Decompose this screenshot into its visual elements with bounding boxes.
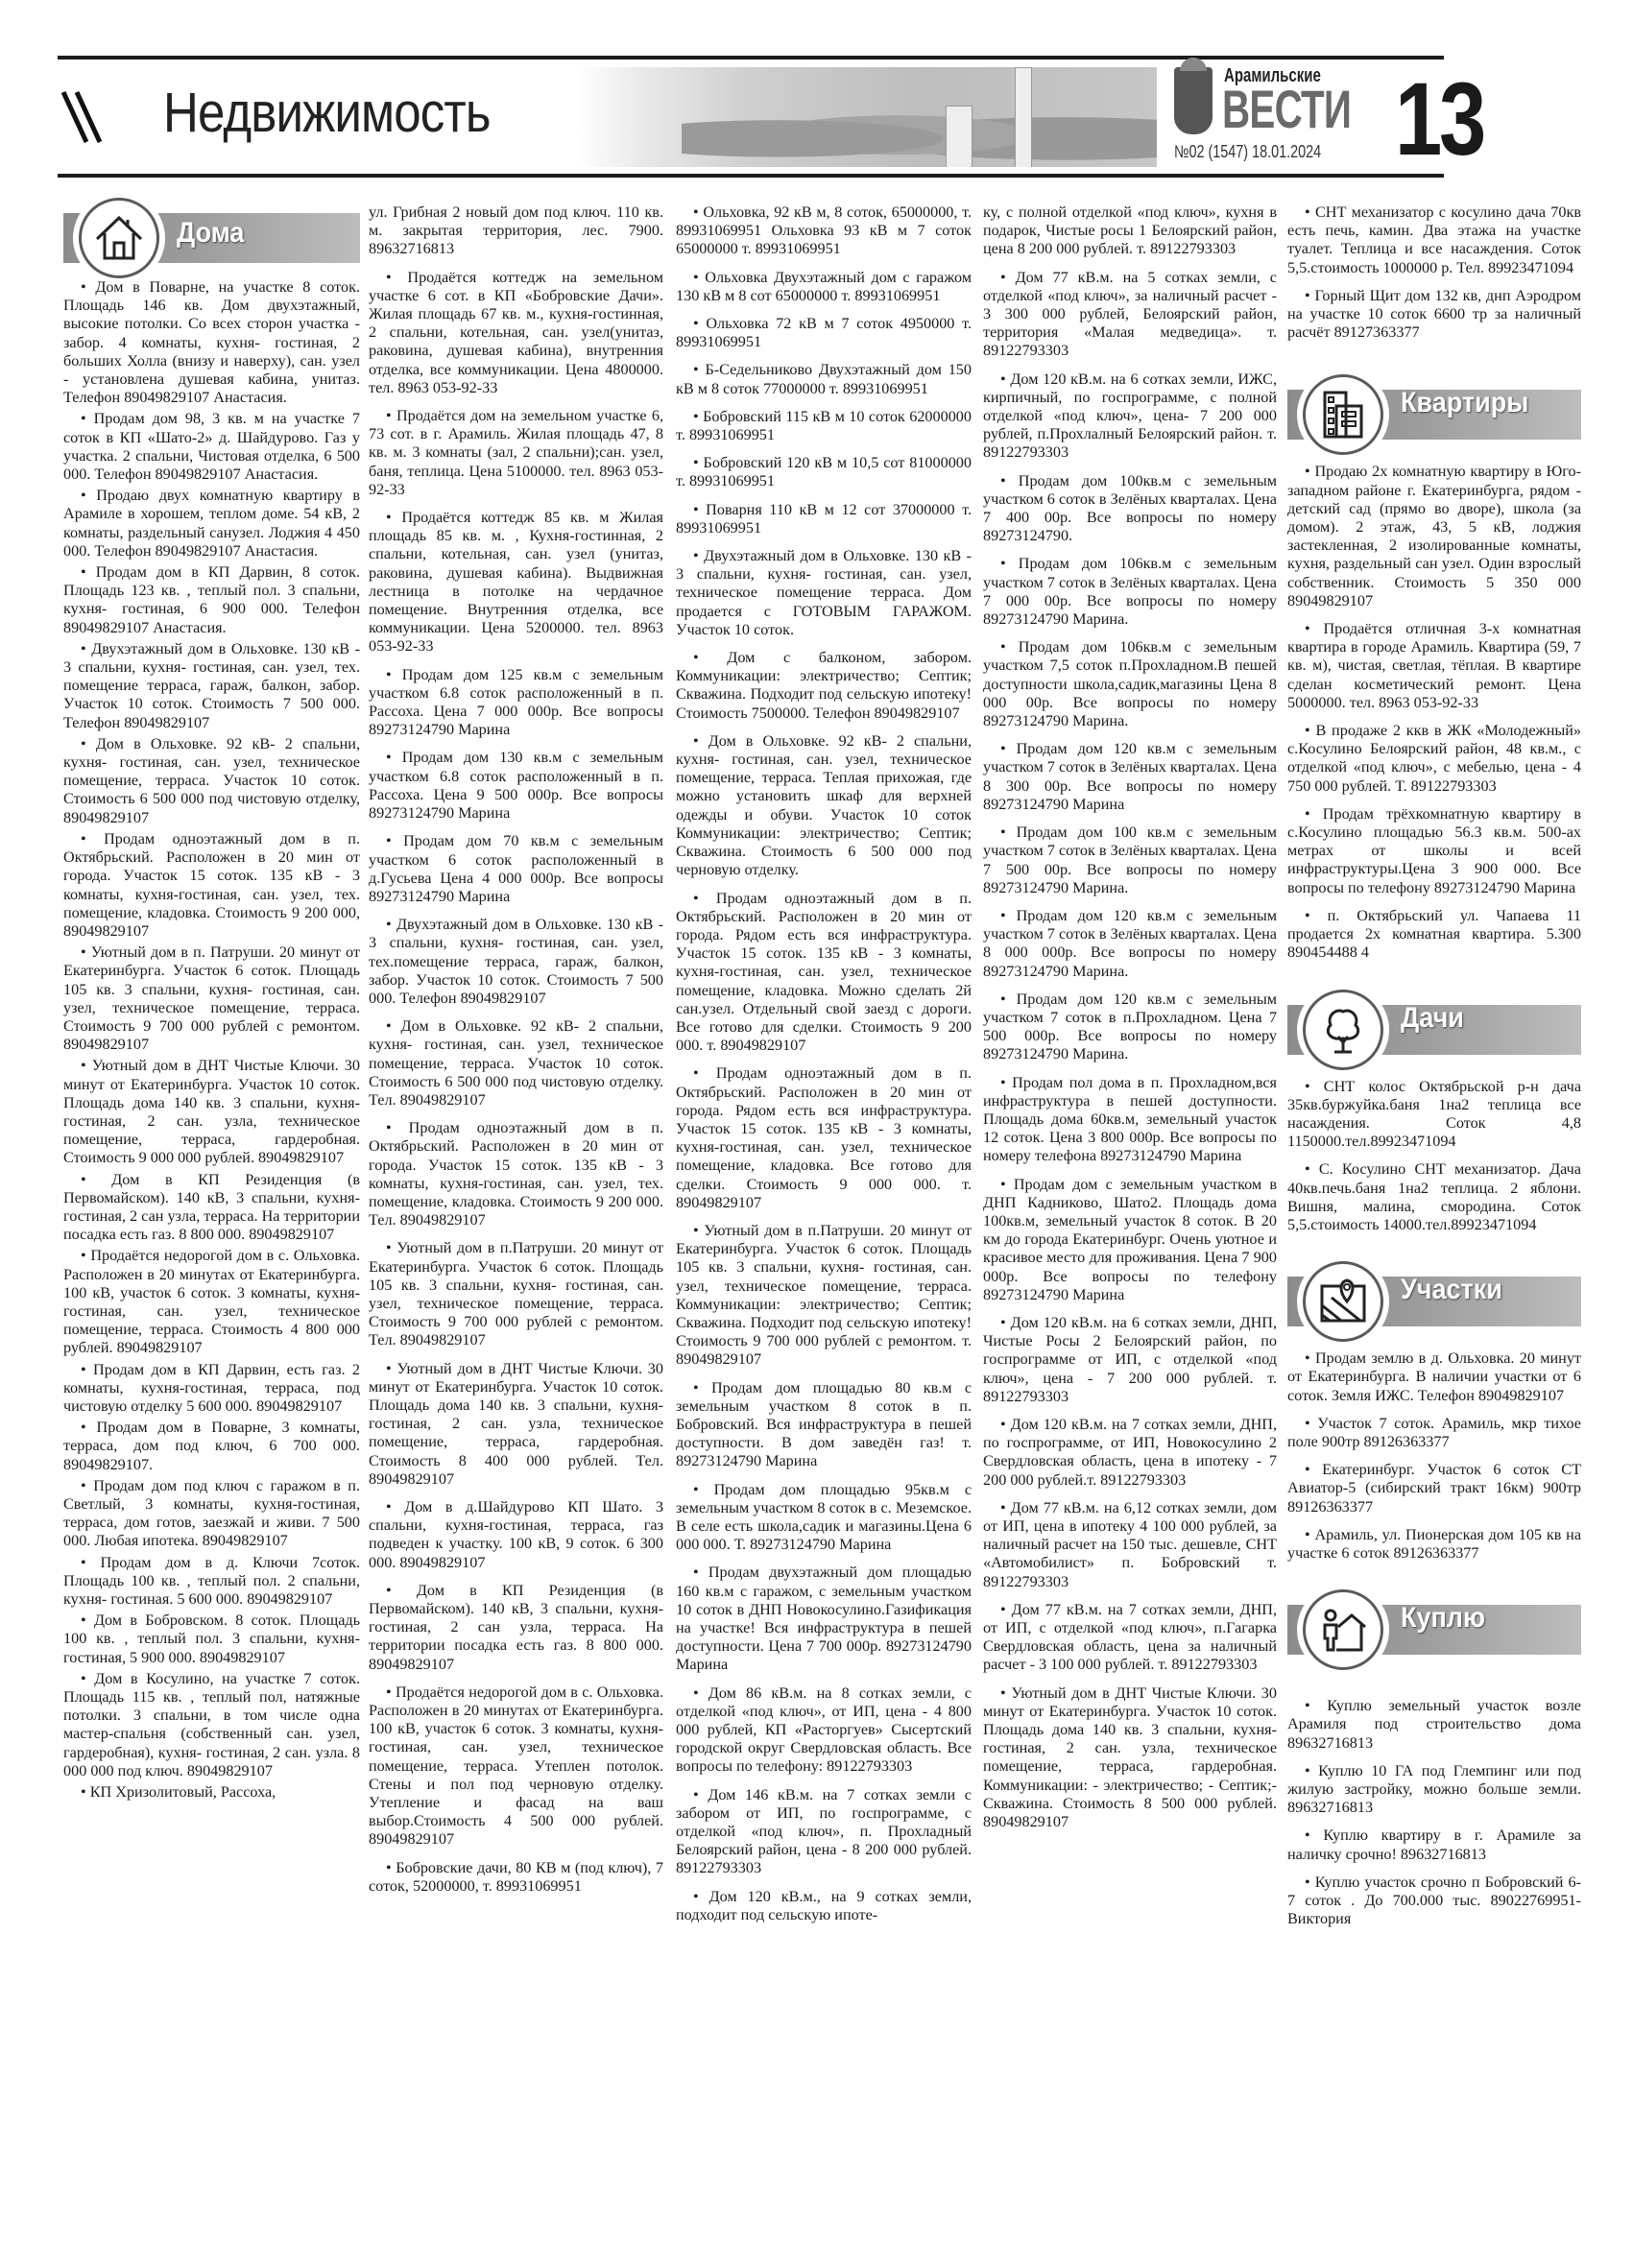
ad-item: • Дом в КП Резиденция (в Первомайском). … xyxy=(369,1582,663,1674)
ad-item: • Дом в Ольховке. 92 кВ- 2 спальни, кухн… xyxy=(676,732,972,880)
ad-item: • Бобровский 115 кВ м 10 соток 62000000 … xyxy=(676,408,972,444)
ad-item: • Уютный дом в п. Патруши. 20 минут от Е… xyxy=(63,943,360,1054)
header-photo xyxy=(576,67,1157,167)
ad-item: • Б-Седельниково Двухэтажный дом 150 кВ … xyxy=(676,361,972,397)
section-title-kvartiry: Квартиры xyxy=(1401,394,1528,412)
ad-item: • Продам одноэтажный дом в п. Октябрьски… xyxy=(369,1119,663,1229)
ad-item: • Арамиль, ул. Пионерская дом 105 кв на … xyxy=(1287,1526,1581,1563)
ad-item: • Продаю двух комнатную квартиру в Арами… xyxy=(63,487,360,561)
trees-image xyxy=(682,96,1157,167)
ad-item: • Продам дом 100кв.м с земельным участко… xyxy=(983,472,1277,546)
ad-item: • Продаётся коттедж 85 кв. м Жилая площа… xyxy=(369,509,663,657)
ad-item: • Дом 120 кВ.м., на 9 сотках земли, подх… xyxy=(676,1888,972,1924)
ad-item-continued: ул. Грибная 2 новый дом под ключ. 110 кв… xyxy=(369,203,663,259)
ad-item: • Продам двухэтажный дом площадью 160 кв… xyxy=(676,1564,972,1674)
ad-item: • Дом 120 кВ.м. на 6 сотках земли, ДНП, … xyxy=(983,1314,1277,1406)
newspaper-name-line2: ВЕСТИ xyxy=(1222,83,1351,136)
page-section-title: Недвижимость xyxy=(163,81,491,145)
ad-item: • Участок 7 соток. Арамиль, мкр тихое по… xyxy=(1287,1415,1581,1451)
ad-item: • Продам дом 106кв.м с земельным участко… xyxy=(983,638,1277,730)
ad-item: • Дом в Ольховке. 92 кВ- 2 спальни, кухн… xyxy=(369,1017,663,1110)
coat-of-arms-icon xyxy=(1174,67,1213,134)
ad-item: • Продам дом в Поварне, 3 комнаты, терра… xyxy=(63,1419,360,1474)
ad-item: • Ольховка 72 кВ м 7 соток 4950000 т. 89… xyxy=(676,315,972,351)
column-3: • Ольховка, 92 кВ м, 8 соток, 65000000, … xyxy=(676,203,972,1934)
ad-item: • Продаётся дом на земельном участке 6, … xyxy=(369,407,663,499)
section-header-dachi: Дачи xyxy=(1287,995,1581,1049)
ad-item: • Дом в Ольховке. 92 кВ- 2 спальни, кухн… xyxy=(63,735,360,827)
tree-icon xyxy=(1319,1004,1367,1056)
ad-item: • Дом в Поварне, на участке 8 соток. Пло… xyxy=(63,278,360,407)
ad-item: • Продаётся недорогой дом в с. Ольховка.… xyxy=(63,1247,360,1357)
ad-item: • Продаётся отличная 3-х комнатная кварт… xyxy=(1287,620,1581,712)
ad-item: • Дом 77 кВ.м. на 7 сотках земли, ДНП, о… xyxy=(983,1601,1277,1675)
newspaper-logo: Арамильские ВЕСТИ №02 (1547) 18.01.2024 xyxy=(1174,63,1395,169)
ad-item: • Продам дом 100 кв.м с земельным участк… xyxy=(983,824,1277,897)
masthead: Недвижимость Арамильские ВЕСТИ №02 (1547… xyxy=(58,60,1444,173)
ad-item: • Продам одноэтажный дом в п. Октябрьски… xyxy=(63,830,360,941)
ad-item: • Продаётся коттедж на земельном участке… xyxy=(369,269,663,397)
ad-item: • Дом в д.Шайдурово КП Шато. 3 спальни, … xyxy=(369,1498,663,1572)
ad-item: • Продам дом в КП Дарвин, 8 соток. Площа… xyxy=(63,563,360,637)
ad-item: • Куплю 10 ГА под Глемпинг или под жилую… xyxy=(1287,1762,1581,1818)
ad-item: • Продам пол дома в п. Прохладном,вся ин… xyxy=(983,1074,1277,1166)
ad-item: • Дом 120 кВ.м. на 6 сотках земли, ИЖС, … xyxy=(983,370,1277,463)
apartment-building-icon xyxy=(1319,389,1367,441)
ad-item: • Куплю земельный участок возле Арамиля … xyxy=(1287,1697,1581,1753)
ad-item: • Дом 77 кВ.м. на 6,12 сотках земли, дом… xyxy=(983,1499,1277,1591)
page-number: 13 xyxy=(1395,67,1483,171)
house-icon xyxy=(93,212,145,264)
ad-item: • Куплю квартиру в г. Арамиле за наличку… xyxy=(1287,1826,1581,1863)
section-header-uchastki: Участки xyxy=(1287,1267,1581,1321)
ad-item: • КП Хризолитовый, Рассоха, xyxy=(63,1783,360,1802)
ad-item: • Ольховка Двухэтажный дом с гаражом 130… xyxy=(676,269,972,305)
ad-item-continued: ку, с полной отделкой «под ключ», кухня … xyxy=(983,203,1277,259)
ad-item: • Бобровский 120 кВ м 10,5 сот 81000000 … xyxy=(676,454,972,490)
ad-item: • Дом в Бобровском. 8 соток. Площадь 100… xyxy=(63,1611,360,1667)
column-2: ул. Грибная 2 новый дом под ключ. 110 кв… xyxy=(369,203,663,1905)
bottom-rule xyxy=(58,174,1444,178)
section-title-doma: Дома xyxy=(177,217,244,250)
section-title-kuplyu: Куплю xyxy=(1401,1609,1485,1627)
ad-item: • Продам дом 125 кв.м с земельным участк… xyxy=(369,666,663,740)
ad-item: • Продам дом площадью 80 кв.м с земельны… xyxy=(676,1379,972,1471)
ad-item: • Продам дом 120 кв.м с земельным участк… xyxy=(983,740,1277,814)
ad-item: • Продам дом в д. Ключи 7соток. Площадь … xyxy=(63,1554,360,1610)
ad-item: • Продам одноэтажный дом в п. Октябрьски… xyxy=(676,1064,972,1212)
ad-item: • Горный Щит дом 132 кв, днп Аэродром на… xyxy=(1287,287,1581,343)
ad-item: • Поварня 110 кВ м 12 сот 37000000 т. 89… xyxy=(676,501,972,537)
ad-item: • Уютный дом в п.Патруши. 20 минут от Ек… xyxy=(369,1239,663,1349)
ad-item: • Продам дом 70 кв.м с земельным участко… xyxy=(369,832,663,906)
ad-item: • Бобровские дачи, 80 КВ м (под ключ), 7… xyxy=(369,1859,663,1896)
ad-item: • С. Косулино СНТ механизатор. Дача 40кв… xyxy=(1287,1160,1581,1234)
section-title-dachi: Дачи xyxy=(1401,1009,1464,1027)
section-header-doma: Дома xyxy=(63,203,360,257)
ad-item: • В продаже 2 ккв в ЖК «Молодежный» с.Ко… xyxy=(1287,722,1581,796)
section-header-kuplyu: Куплю xyxy=(1287,1595,1581,1649)
ad-item: • Продам землю в д. Ольховка. 20 минут о… xyxy=(1287,1349,1581,1405)
ad-item: • Дом 86 кВ.м. на 8 сотках земли, с отде… xyxy=(676,1684,972,1777)
column-5: • СНТ механизатор с косулино дача 70кв е… xyxy=(1287,203,1581,1938)
ad-item: • Продам дом с земельным участком в ДНП … xyxy=(983,1176,1277,1304)
ad-item: • СНТ колос Октябрьской р-н дача 35кв.бу… xyxy=(1287,1078,1581,1152)
section-title-uchastki: Участки xyxy=(1401,1280,1502,1299)
column-1: • Дом в Поварне, на участке 8 соток. Пло… xyxy=(63,278,360,1804)
church-building xyxy=(946,106,973,167)
person-house-icon xyxy=(1317,1604,1369,1656)
ad-item: • Куплю участок срочно п Бобровский 6-7 … xyxy=(1287,1874,1581,1929)
ad-item: • Уютный дом в ДНТ Чистые Ключи. 30 мину… xyxy=(369,1360,663,1489)
ad-item: • Дом в КП Резиденция (в Первомайском). … xyxy=(63,1171,360,1245)
ad-item: • Продаётся недорогой дом в с. Ольховка.… xyxy=(369,1683,663,1850)
issue-info: №02 (1547) 18.01.2024 xyxy=(1174,142,1321,162)
ad-item: • Продаю 2х комнатную квартиру в Юго-зап… xyxy=(1287,463,1581,610)
ad-item: • Екатеринбург. Участок 6 соток СТ Авиат… xyxy=(1287,1461,1581,1516)
ad-item: • п. Октябрьский ул. Чапаева 11 продаетс… xyxy=(1287,907,1581,963)
map-pin-icon xyxy=(1318,1277,1368,1326)
ad-item: • Продам дом 106кв.м с земельным участко… xyxy=(983,555,1277,629)
ad-item: • Продам дом под ключ с гаражом в п. Све… xyxy=(63,1477,360,1551)
bell-tower xyxy=(1015,67,1032,167)
ad-item: • Продам дом в КП Дарвин, есть газ. 2 ко… xyxy=(63,1361,360,1417)
ad-item: • Дом 120 кВ.м. на 7 сотках земли, ДНП, … xyxy=(983,1416,1277,1490)
ad-item: • Уютный дом в ДНТ Чистые Ключи. 30 мину… xyxy=(983,1684,1277,1832)
ad-item: • Двухэтажный дом в Ольховке. 130 кВ - 3… xyxy=(676,547,972,639)
section-header-kvartiry: Квартиры xyxy=(1287,380,1581,434)
ad-item: • Дом с балконом, забором. Коммуникации:… xyxy=(676,649,972,723)
double-slash-icon xyxy=(60,88,108,146)
ad-item: • Уютный дом в п.Патруши. 20 минут от Ек… xyxy=(676,1222,972,1370)
ad-item: • Продам дом 120 кв.м с земельным участк… xyxy=(983,991,1277,1064)
ad-item: • Продам одноэтажный дом в п. Октябрьски… xyxy=(676,890,972,1056)
ad-item: • Двухэтажный дом в Ольховке. 130 кВ - 3… xyxy=(369,916,663,1008)
ad-item: • Продам трёхкомнатную квартиру в с.Косу… xyxy=(1287,805,1581,897)
ad-item: • Дом 146 кВ.м. на 7 сотках земли с забо… xyxy=(676,1786,972,1878)
ad-item: • Продам дом 130 кв.м с земельным участк… xyxy=(369,749,663,823)
ad-item: • Двухэтажный дом в Ольховке. 130 кВ - 3… xyxy=(63,640,360,732)
ad-item: • Продам дом 120 кв.м с земельным участк… xyxy=(983,907,1277,981)
ad-item: • Уютный дом в ДНТ Чистые Ключи. 30 мину… xyxy=(63,1057,360,1167)
ad-item: • СНТ механизатор с косулино дача 70кв е… xyxy=(1287,203,1581,277)
ad-item: • Ольховка, 92 кВ м, 8 соток, 65000000, … xyxy=(676,203,972,259)
column-4: ку, с полной отделкой «под ключ», кухня … xyxy=(983,203,1277,1841)
ad-item: • Дом в Косулино, на участке 7 соток. Пл… xyxy=(63,1670,360,1780)
ad-item: • Продам дом площадью 95кв.м с земельным… xyxy=(676,1481,972,1555)
ad-item: • Продам дом 98, 3 кв. м на участке 7 со… xyxy=(63,410,360,484)
ad-item: • Дом 77 кВ.м. на 5 сотках земли, с отде… xyxy=(983,269,1277,361)
